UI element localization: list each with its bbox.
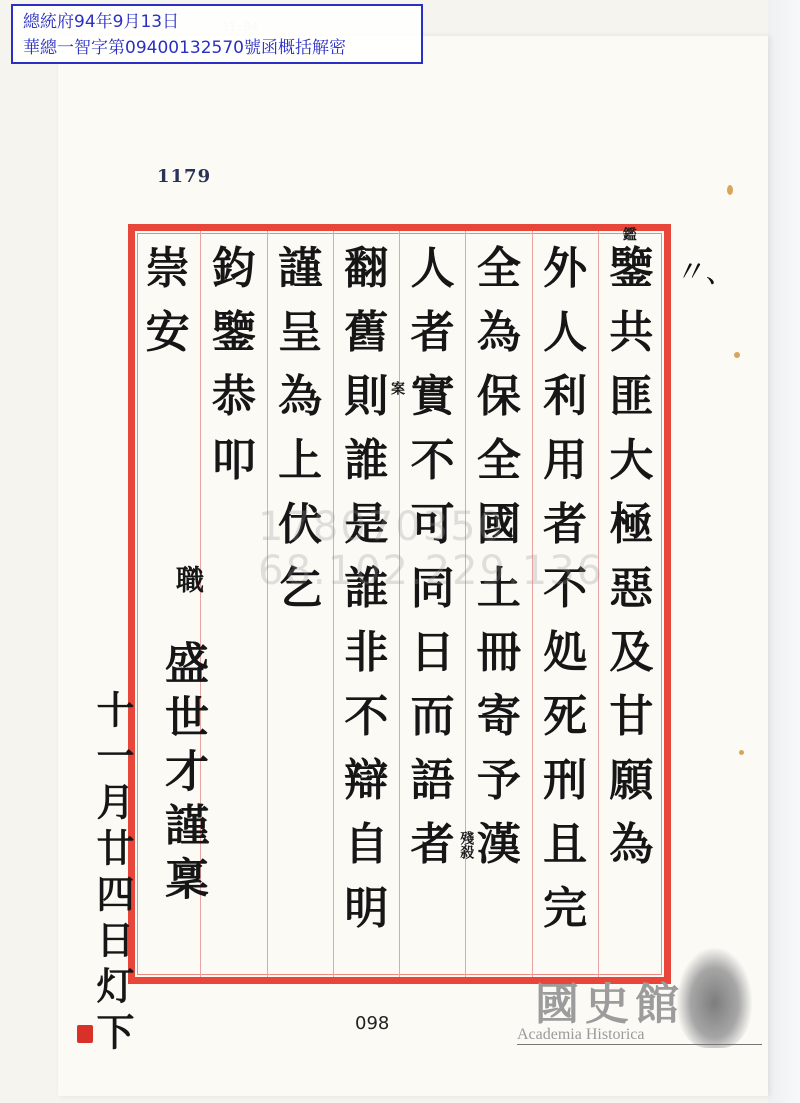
margin-annotation: 鑑 [621,227,637,241]
handwritten-char: 完 [543,877,587,941]
margin-marks: 〃、 [674,247,740,291]
handwritten-char: 及 [609,621,653,685]
scan-edge [768,0,800,1103]
handwritten-char: 極 [609,493,653,557]
page-number: 098 [355,1013,389,1034]
letter-column-5: 翻舊則誰是誰非不辯自明案 [333,231,399,977]
handwritten-char: 自 [344,813,388,877]
handwritten-char: 是 [344,493,388,557]
handwritten-char: 大 [609,429,653,493]
handwritten-char: 死 [543,685,587,749]
handwritten-char: 翻 [344,237,388,301]
logo-name-cn: 國史館 [535,968,685,1032]
red-seal [77,1025,93,1043]
signature-title: 職 [168,565,208,593]
handwritten-char: 不 [344,685,388,749]
handwritten-char: 処 [543,621,587,685]
folio-number: 1179 [157,166,211,187]
handwritten-char: 伏 [278,493,322,557]
handwritten-char: 鑒 [212,301,256,365]
handwritten-char: 安 [146,301,190,365]
letter-column-4: 人者實不可同日而語者 [399,231,465,977]
handwritten-char: 予 [477,749,521,813]
margin-annotation: 案 [389,381,405,395]
letter-column-1: 鑒共匪大極惡及甘願為鑑 [598,231,664,977]
handwritten-char: 恭 [212,365,256,429]
handwritten-char: 則 [344,365,388,429]
handwritten-char: 上 [278,429,322,493]
handwritten-char: 保 [477,365,521,429]
handwritten-char: 漢 [477,813,521,877]
signature-name: 盛世才謹稟 [150,640,214,910]
paper-stain [734,352,740,358]
date-line: 十一月廿四日灯下 [85,690,140,1058]
letter-column-6: 謹呈為上伏乞 [267,231,333,977]
paper-stain [727,185,733,195]
handwritten-char: 不 [411,429,455,493]
handwritten-char: 者 [543,493,587,557]
handwritten-char: 甘 [609,685,653,749]
handwritten-char: 乞 [278,557,322,621]
handwritten-char: 實 [411,365,455,429]
handwritten-char: 而 [411,685,455,749]
handwritten-char: 寄 [477,685,521,749]
handwritten-char: 人 [411,237,455,301]
handwritten-char: 共 [609,301,653,365]
declassification-stamp: 總統府94年9月13日 華總一智字第09400132570號函概括解密 [11,4,423,64]
handwritten-char: 鈞 [212,237,256,301]
handwritten-char: 全 [477,429,521,493]
handwritten-char: 可 [411,493,455,557]
letter-column-3: 全為保全國土冊寄予漢殘殺 [465,231,531,977]
handwritten-char: 不 [543,557,587,621]
handwritten-char: 願 [609,749,653,813]
handwritten-char: 語 [411,749,455,813]
handwritten-char: 土 [477,557,521,621]
handwritten-char: 者 [411,301,455,365]
handwritten-char: 為 [609,813,653,877]
handwritten-char: 用 [543,429,587,493]
declassification-line-1: 總統府94年9月13日 [23,9,413,35]
handwritten-char: 國 [477,493,521,557]
handwritten-char: 誰 [344,429,388,493]
handwritten-char: 冊 [477,621,521,685]
handwritten-char: 辯 [344,749,388,813]
handwritten-char: 為 [477,301,521,365]
handwritten-char: 為 [278,365,322,429]
handwritten-char: 舊 [344,301,388,365]
handwritten-char: 匪 [609,365,653,429]
handwritten-char: 同 [411,557,455,621]
handwritten-char: 刑 [543,749,587,813]
handwritten-char: 明 [344,877,388,941]
handwritten-char: 者 [411,813,455,877]
handwritten-char: 鑒 [609,237,653,301]
declassification-line-2: 華總一智字第09400132570號函概括解密 [23,35,413,61]
academia-historica-logo: 國史館 Academia Historica [517,940,767,1050]
handwritten-char: 利 [543,365,587,429]
handwritten-char: 人 [543,301,587,365]
handwritten-char: 全 [477,237,521,301]
logo-name-en: Academia Historica [517,1026,762,1045]
handwritten-char: 非 [344,621,388,685]
handwritten-char: 呈 [278,301,322,365]
handwritten-char: 惡 [609,557,653,621]
handwritten-char: 謹 [278,237,322,301]
letter-column-2: 外人利用者不処死刑且完 [532,231,598,977]
handwritten-char: 崇 [146,237,190,301]
handwritten-char: 叩 [212,429,256,493]
paper-stain [739,750,744,755]
handwritten-char: 外 [543,237,587,301]
handwritten-char: 誰 [344,557,388,621]
handwritten-char: 且 [543,813,587,877]
handwritten-char: 日 [411,621,455,685]
